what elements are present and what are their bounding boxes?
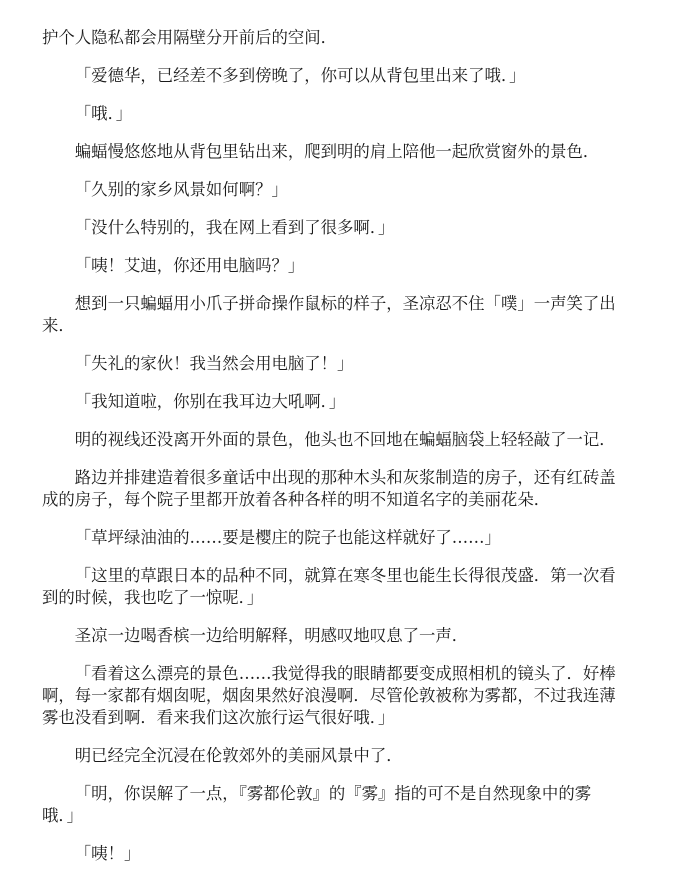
paragraph: 圣凉一边喝香槟一边给明解释，明感叹地叹息了一声． — [42, 625, 620, 647]
paragraph: 「久别的家乡风景如何啊？」 — [42, 179, 620, 201]
paragraph: 明已经完全沉浸在伦敦郊外的美丽风景中了． — [42, 745, 620, 767]
paragraph: 「咦！」 — [42, 843, 620, 865]
paragraph: 「哦．」 — [42, 103, 620, 125]
paragraph: 「咦！艾迪，你还用电脑吗？」 — [42, 255, 620, 277]
paragraph: 路边并排建造着很多童话中出现的那种木头和灰浆制造的房子，还有红砖盖成的房子，每个… — [42, 467, 620, 511]
paragraph: 「爱德华，已经差不多到傍晚了，你可以从背包里出来了哦．」 — [42, 65, 620, 87]
paragraph: 蝙蝠慢悠悠地从背包里钻出来，爬到明的肩上陪他一起欣赏窗外的景色． — [42, 141, 620, 163]
paragraph: 「这里的草跟日本的品种不同，就算在寒冬里也能生长得很茂盛．第一次看到的时候，我也… — [42, 565, 620, 609]
paragraph: 「草坪绿油油的……要是樱庄的院子也能这样就好了……」 — [42, 527, 620, 549]
paragraph: 护个人隐私都会用隔壁分开前后的空间． — [42, 27, 620, 49]
paragraph: 「没什么特别的，我在网上看到了很多啊．」 — [42, 217, 620, 239]
paragraph: 「明，你误解了一点，『雾都伦敦』的『雾』指的可不是自然现象中的雾哦．」 — [42, 783, 620, 827]
document-page: 护个人隐私都会用隔壁分开前后的空间． 「爱德华，已经差不多到傍晚了，你可以从背包… — [42, 27, 620, 880]
paragraph: 想到一只蝙蝠用小爪子拼命操作鼠标的样子，圣凉忍不住「噗」一声笑了出来． — [42, 293, 620, 337]
paragraph: 「我知道啦，你别在我耳边大吼啊．」 — [42, 391, 620, 413]
paragraph: 明的视线还没离开外面的景色，他头也不回地在蝙蝠脑袋上轻轻敲了一记． — [42, 429, 620, 451]
paragraph: 「失礼的家伙！我当然会用电脑了！」 — [42, 353, 620, 375]
paragraph: 「看着这么漂亮的景色……我觉得我的眼睛都要变成照相机的镜头了．好棒啊，每一家都有… — [42, 663, 620, 729]
